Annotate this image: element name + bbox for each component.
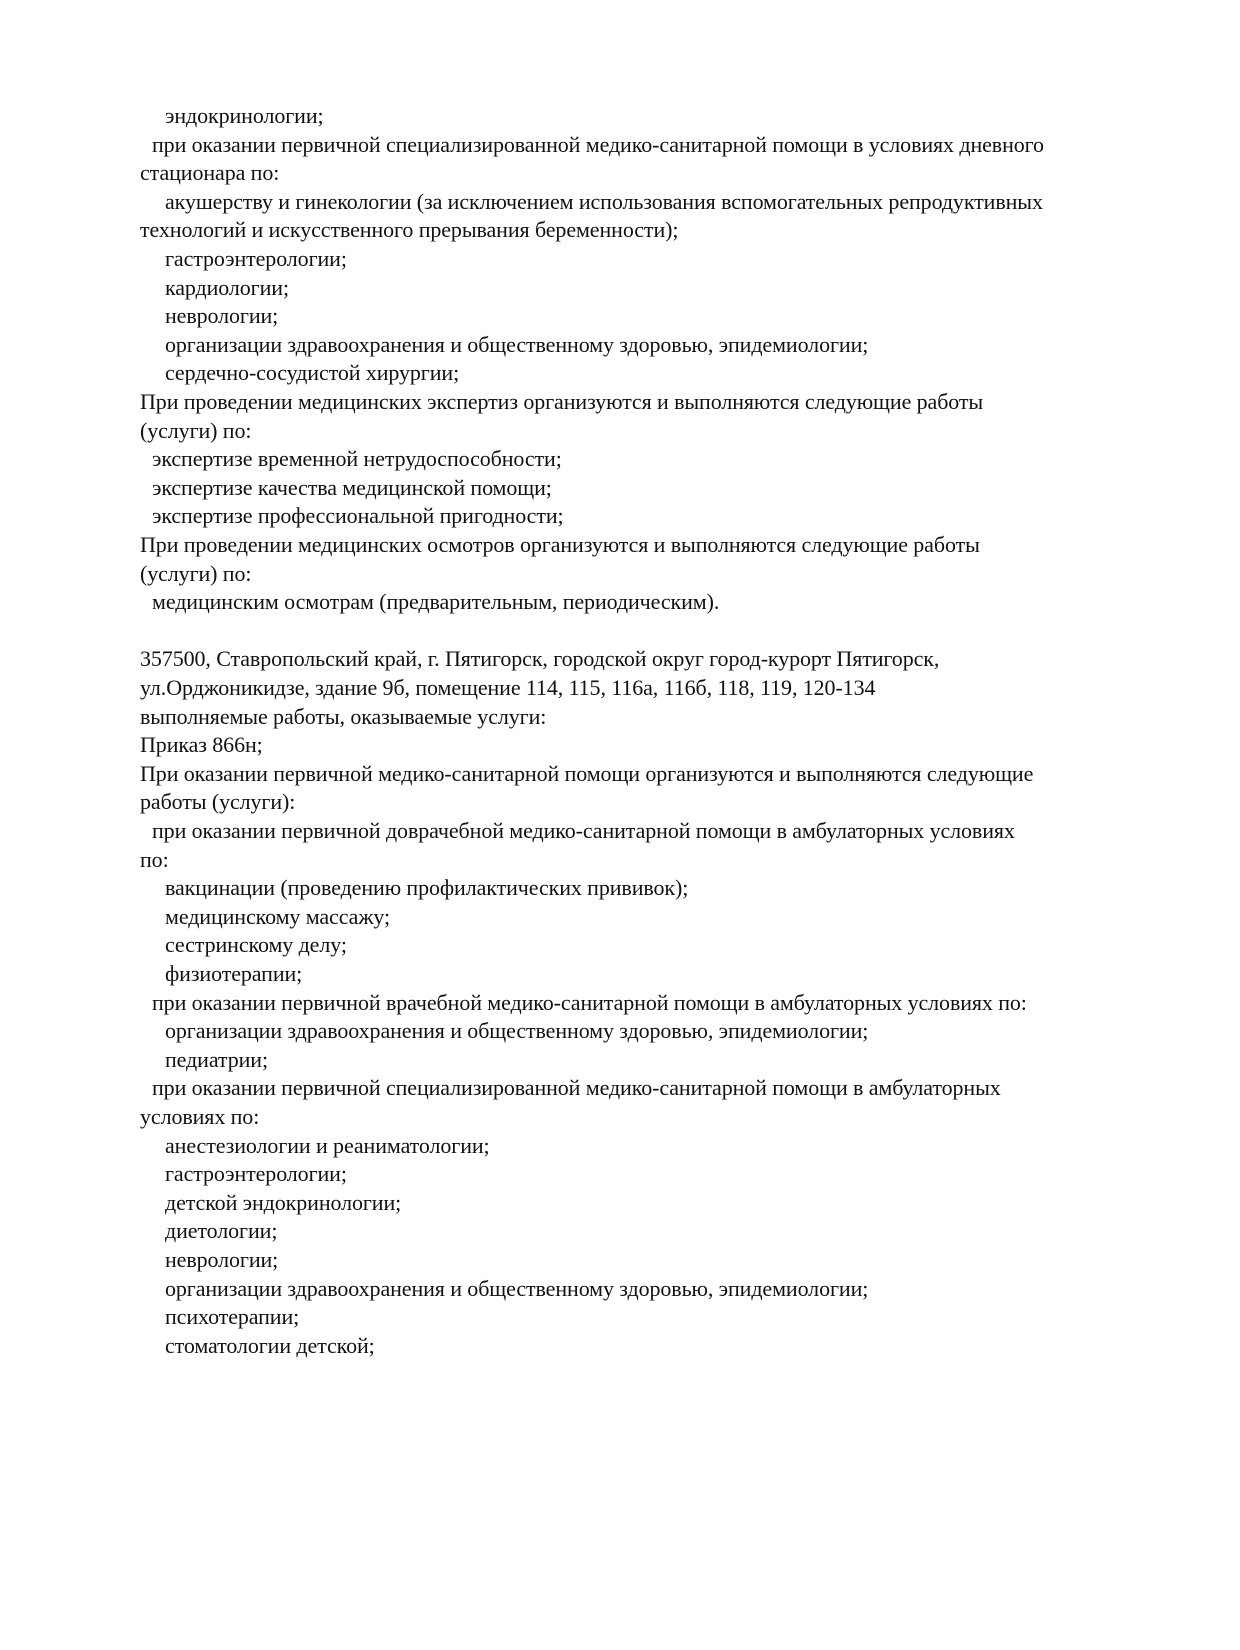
document-line: неврологии; (165, 1246, 278, 1274)
document-page: эндокринологии;при оказании первичной сп… (0, 0, 1240, 1650)
document-line: стоматологии детской; (165, 1332, 375, 1360)
document-line: при оказании первичной специализированно… (152, 1074, 1001, 1102)
document-line: экспертизе временной нетрудоспособности; (152, 445, 562, 473)
document-line: экспертизе качества медицинской помощи; (152, 474, 552, 502)
document-line: физиотерапии; (165, 960, 302, 988)
document-line: технологий и искусственного прерывания б… (140, 216, 678, 244)
document-line: акушерству и гинекологии (за исключением… (165, 188, 1043, 216)
document-line: при оказании первичной специализированно… (152, 131, 1044, 159)
document-line: выполняемые работы, оказываемые услуги: (140, 703, 546, 731)
document-line: по: (140, 846, 169, 874)
document-line: медицинским осмотрам (предварительным, п… (152, 588, 719, 616)
document-line: диетологии; (165, 1217, 277, 1245)
document-line: при оказании первичной доврачебной медик… (152, 817, 1015, 845)
document-line: детской эндокринологии; (165, 1189, 401, 1217)
document-line: При оказании первичной медико-санитарной… (140, 760, 1033, 788)
document-line: педиатрии; (165, 1046, 268, 1074)
document-line: организации здравоохранения и общественн… (165, 1275, 868, 1303)
document-line: стационара по: (140, 159, 279, 187)
document-line: сердечно-сосудистой хирургии; (165, 359, 459, 387)
document-line: анестезиологии и реаниматологии; (165, 1132, 490, 1160)
document-line: при оказании первичной врачебной медико-… (152, 989, 1027, 1017)
document-line: неврологии; (165, 302, 278, 330)
document-line: гастроэнтерологии; (165, 245, 347, 273)
document-line: гастроэнтерологии; (165, 1160, 347, 1188)
document-line: психотерапии; (165, 1303, 299, 1331)
document-line: ул.Орджоникидзе, здание 9б, помещение 11… (140, 674, 875, 702)
document-line: экспертизе профессиональной пригодности; (152, 502, 564, 530)
document-line: эндокринологии; (165, 102, 324, 130)
document-line: условиях по: (140, 1103, 259, 1131)
document-line: организации здравоохранения и общественн… (165, 331, 868, 359)
document-line: сестринскому делу; (165, 931, 347, 959)
document-line: При проведении медицинских экспертиз орг… (140, 388, 983, 416)
document-line: работы (услуги): (140, 788, 295, 816)
document-line: 357500, Ставропольский край, г. Пятигорс… (140, 645, 939, 673)
document-line: организации здравоохранения и общественн… (165, 1017, 868, 1045)
document-line: Приказ 866н; (140, 731, 263, 759)
document-line: вакцинации (проведению профилактических … (165, 874, 688, 902)
document-line: (услуги) по: (140, 417, 251, 445)
document-line: медицинскому массажу; (165, 903, 390, 931)
document-line: (услуги) по: (140, 560, 251, 588)
document-line: При проведении медицинских осмотров орга… (140, 531, 980, 559)
document-line: кардиологии; (165, 274, 289, 302)
